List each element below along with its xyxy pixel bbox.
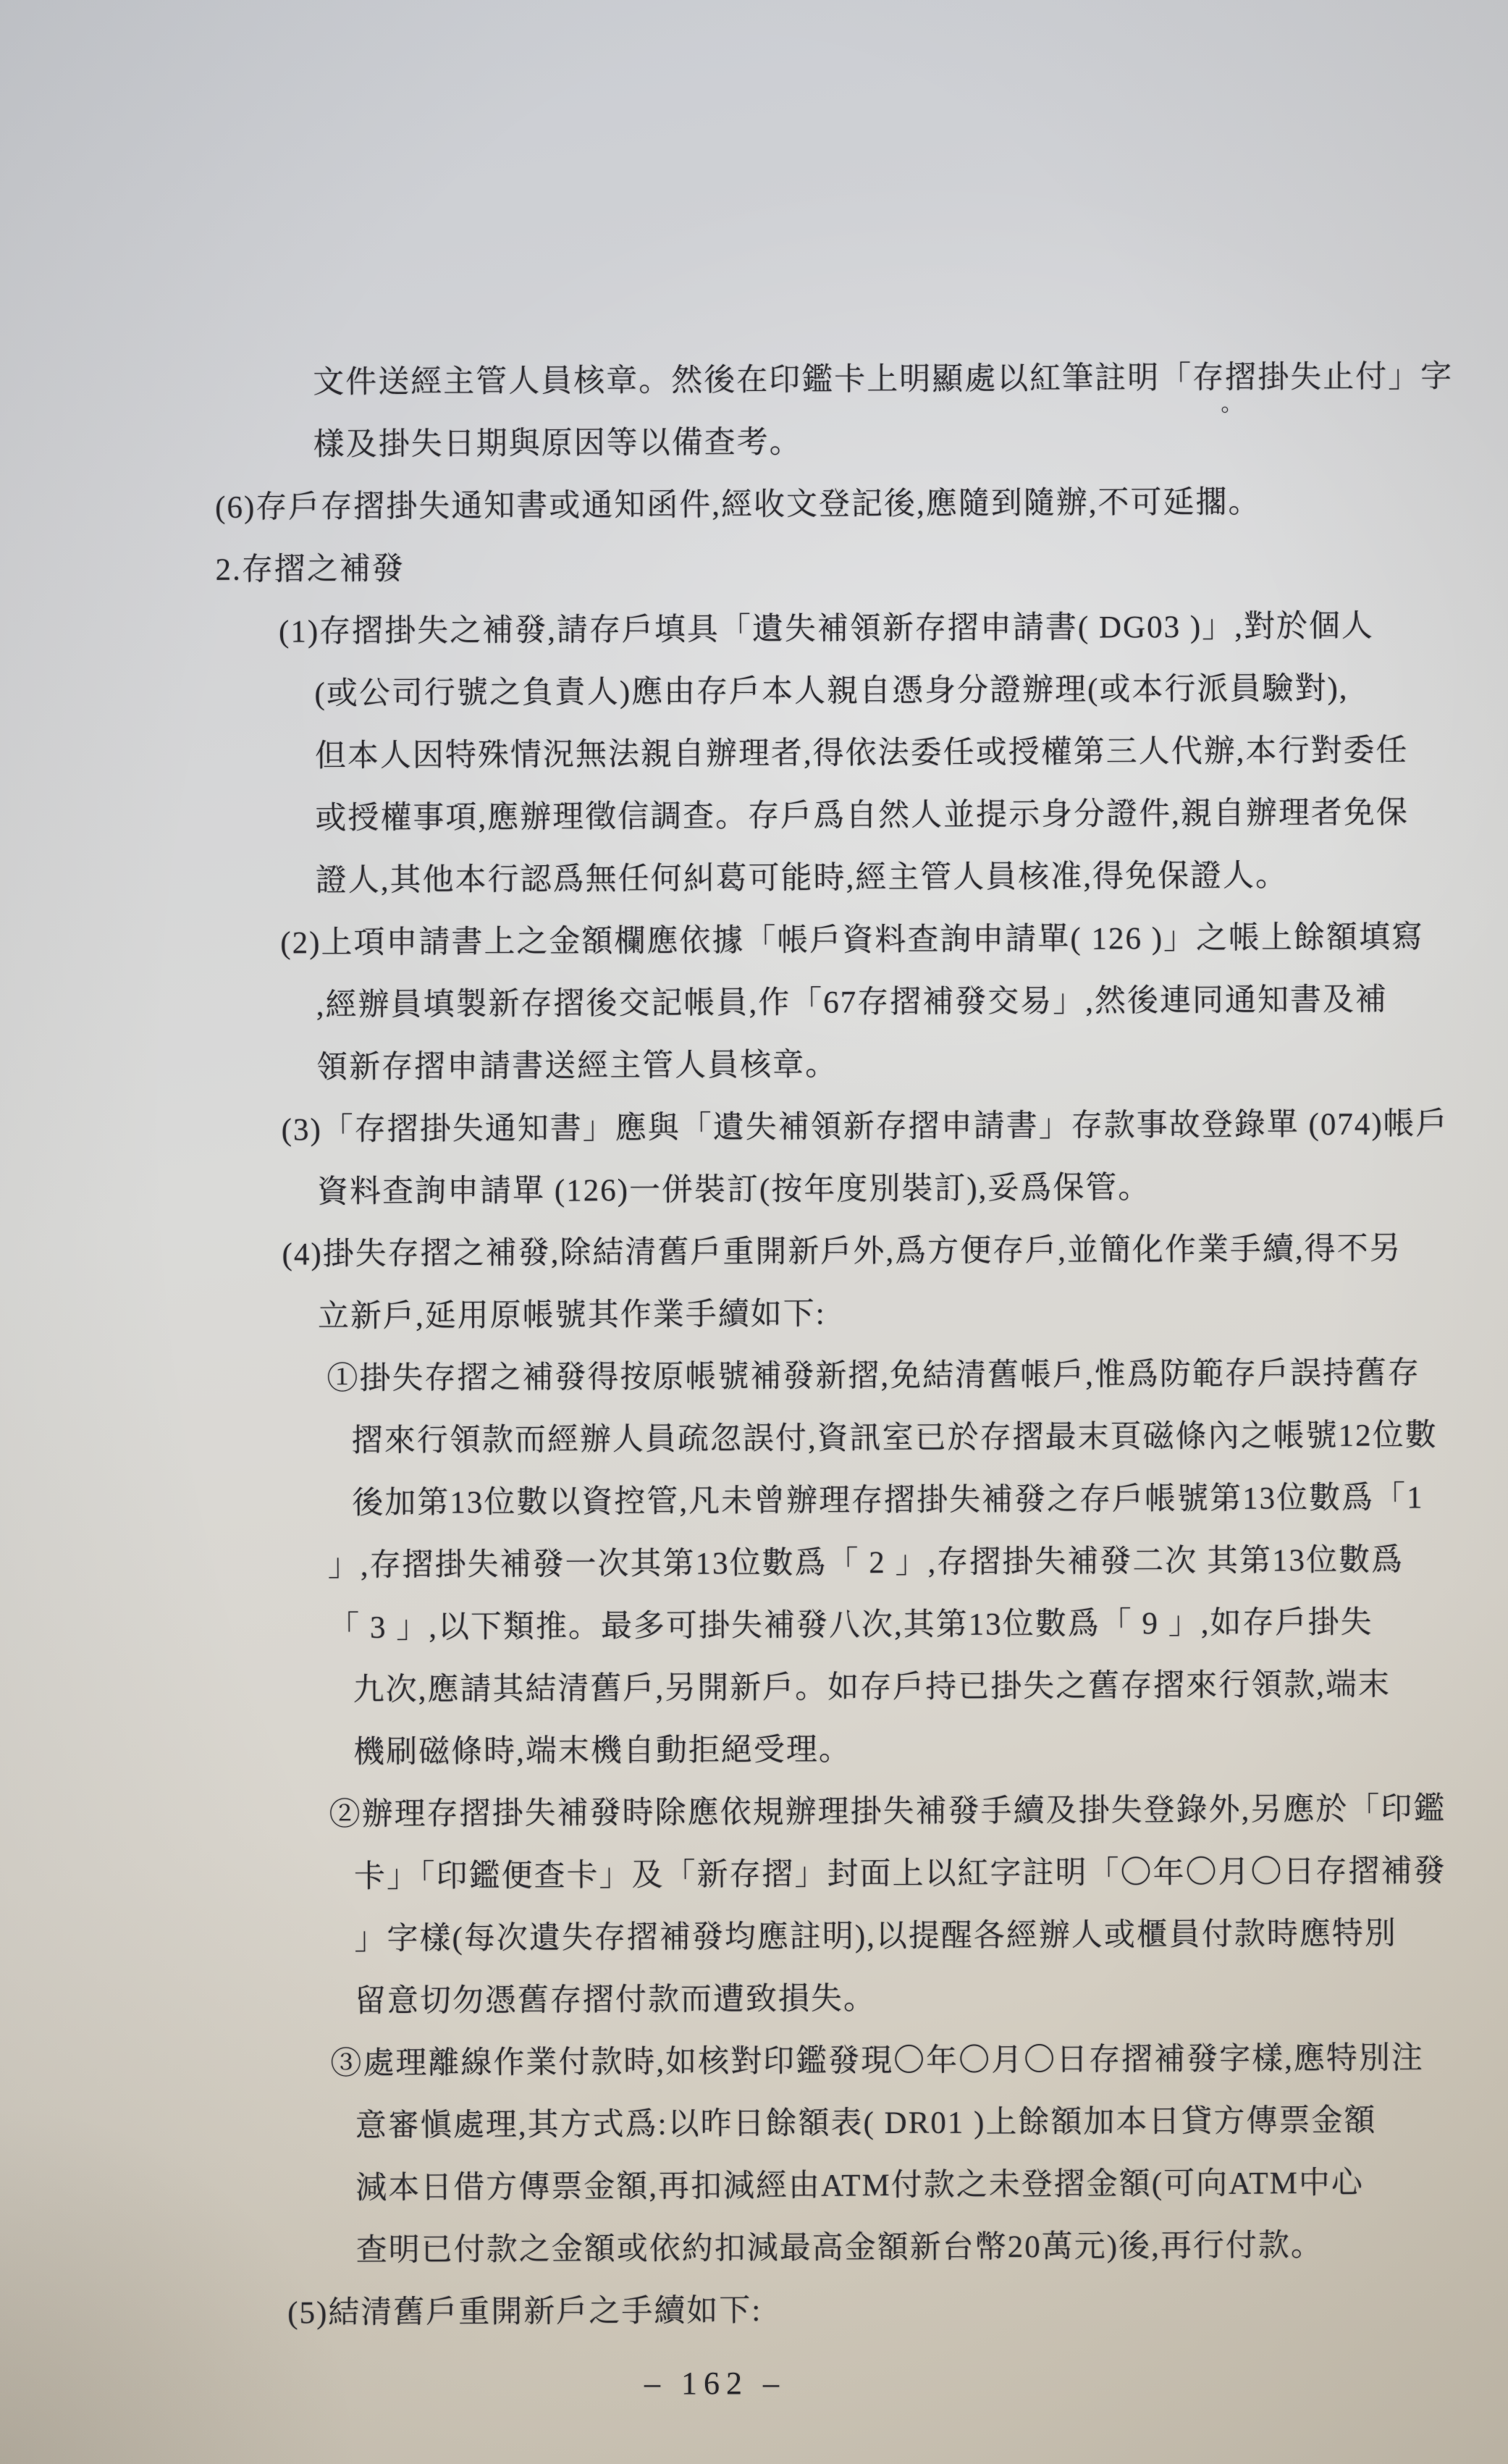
text-line: 樣及掛失日期與原因等以備查考。 (0, 408, 1508, 479)
text-line: (6)存戶存摺掛失通知書或通知函件,經收文登記後,應隨到隨辦,不可延擱。 (1, 471, 1508, 541)
text-line: 資料查詢申請單 (126)一併裝訂(按年度別裝訂),妥爲保管。 (4, 1156, 1508, 1226)
text-line: ②辦理存摺掛失補發時除應依規辦理掛失補發手續及掛失登錄外,另應於「印鑑 (7, 1778, 1508, 1849)
page-number: – 162 – (0, 2365, 1430, 2402)
text-line: ①掛失存摺之補發得按原帳號補發新摺,免結清舊帳戶,惟爲防範存戶誤持舊存 (5, 1342, 1508, 1413)
text-line: 後加第13位數以資控管,凡未曾辦理存摺掛失補發之存戶帳號第13位數爲「1 (6, 1467, 1508, 1537)
stray-period-mark: 。 (1221, 393, 1242, 415)
text-line: (1)存摺掛失之補發,請存戶填具「遺失補領新存摺申請書( DG03 )」,對於個… (1, 595, 1508, 665)
text-line: 摺來行領款而經辦人員疏忽誤付,資訊室已於存摺最末頁磁條內之帳號12位數 (6, 1405, 1508, 1475)
text-line: 查明已付款之金額或依約扣減最高金額新台幣20萬元)後,再行付款。 (10, 2214, 1508, 2284)
text-line: (4)掛失存摺之補發,除結清舊戶重開新戶外,爲方便存戶,並簡化作業手續,得不另 (4, 1218, 1508, 1288)
text-line: (5)結清舊戶重開新戶之手續如下: (10, 2276, 1508, 2347)
text-line: 意審愼處理,其方式爲:以昨日餘額表( DR01 )上餘額加本日貸方傳票金額 (9, 2090, 1508, 2160)
text-line: ③處理離線作業付款時,如核對印鑑發現〇年〇月〇日存摺補發字樣,應特別注 (9, 2027, 1508, 2098)
text-line: 減本日借方傳票金額,再扣減經由ATM付款之未登摺金額(可向ATM中心 (9, 2152, 1508, 2222)
text-line: 或授權事項,應辦理徵信調查。存戶爲自然人並提示身分證件,親自辦理者免保 (2, 782, 1508, 852)
document-body: 文件送經主管人員核章。然後在印鑑卡上明顯處以紅筆註明「存摺掛失止付」字 樣及掛失… (0, 346, 1508, 2347)
text-line: 留意切勿憑舊存摺付款而遭致損失。 (9, 1965, 1508, 2035)
text-line: 立新戶,延用原帳號其作業手續如下: (5, 1280, 1508, 1350)
text-line: 機刷磁條時,端末機自動拒絕受理。 (7, 1716, 1508, 1786)
text-line: 」字樣(每次遺失存摺補發均應註明),以提醒各經辦人或櫃員付款時應特別 (8, 1903, 1508, 1973)
text-line: 領新存摺申請書送經主管人員核章。 (4, 1031, 1508, 1101)
section-heading: 2.存摺之補發 (1, 533, 1508, 603)
scanned-document-page: 文件送經主管人員核章。然後在印鑑卡上明顯處以紅筆註明「存摺掛失止付」字 樣及掛失… (0, 0, 1508, 2464)
text-line: 「 3 」,以下類推。最多可掛失補發八次,其第13位數爲「 9 」,如存戶掛失 (7, 1591, 1508, 1662)
text-line: 卡」「印鑑便查卡」及「新存摺」封面上以紅字註明「〇年〇月〇日存摺補發 (8, 1841, 1508, 1911)
text-line: 但本人因特殊情況無法親自辦理者,得依法委任或授權第三人代辦,本行對委任 (2, 720, 1508, 790)
text-line: 」,存摺掛失補發一次其第13位數爲「 2 」,存摺掛失補發二次 其第13位數爲 (7, 1529, 1508, 1599)
text-line: 九次,應請其結清舊戶,另開新戶。如存戶持已掛失之舊存摺來行領款,端末 (7, 1654, 1508, 1724)
text-line: (或公司行號之負責人)應由存戶本人親自憑身分證辦理(或本行派員驗對), (1, 657, 1508, 728)
text-line: ,經辦員填製新存摺後交記帳員,作「67存摺補發交易」,然後連同通知書及補 (4, 969, 1508, 1039)
text-line: (3)「存摺掛失通知書」應與「遺失補領新存摺申請書」存款事故登錄單 (074)帳… (4, 1093, 1508, 1164)
text-line: (2)上項申請書上之金額欄應依據「帳戶資料查詢申請單( 126 )」之帳上餘額填… (3, 907, 1508, 977)
text-line: 文件送經主管人員核章。然後在印鑑卡上明顯處以紅筆註明「存摺掛失止付」字 (0, 346, 1508, 416)
text-line: 證人,其他本行認爲無任何糾葛可能時,經主管人員核准,得免保證人。 (3, 844, 1508, 914)
